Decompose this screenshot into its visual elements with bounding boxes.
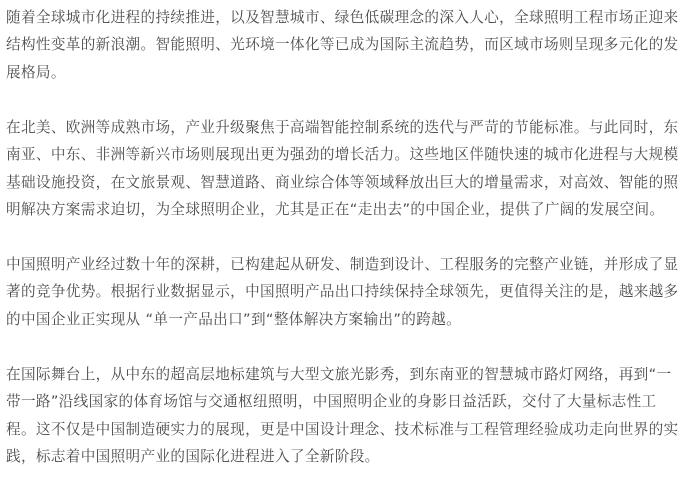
paragraph-market-trends: 随着全球城市化进程的持续推进，以及智慧城市、绿色低碳理念的深入人心，全球照明工程… xyxy=(6,4,690,86)
text-line: 展格局。 xyxy=(6,59,690,86)
text-line: 带一路”沿线国家的体育场馆与交通枢纽照明，中国照明企业的身影日益活跃，交付了大量… xyxy=(6,388,690,415)
text-line: 南亚、中东、非洲等新兴市场则展现出更为强劲的增长活力。这些地区伴随快速的城市化进… xyxy=(6,141,690,168)
text-line: 程。这不仅是中国制造硬实力的展现，更是中国设计理念、技术标准与工程管理经验成功走… xyxy=(6,416,690,443)
text-line: 的中国企业正实现从 “单一产品出口”到“整体解决方案输出”的跨越。 xyxy=(6,306,690,333)
text-line: 随着全球城市化进程的持续推进，以及智慧城市、绿色低碳理念的深入人心，全球照明工程… xyxy=(6,4,690,31)
paragraph-international-stage: 在国际舞台上，从中东的超高层地标建筑与大型文旅光影秀，到东南亚的智慧城市路灯网络… xyxy=(6,361,690,470)
text-line: 中国照明产业经过数十年的深耕，已构建起从研发、制造到设计、工程服务的完整产业链，… xyxy=(6,251,690,278)
text-line: 在国际舞台上，从中东的超高层地标建筑与大型文旅光影秀，到东南亚的智慧城市路灯网络… xyxy=(6,361,690,388)
text-line: 在北美、欧洲等成熟市场，产业升级聚焦于高端智能控制系统的迭代与严苛的节能标准。与… xyxy=(6,114,690,141)
paragraph-china-industry: 中国照明产业经过数十年的深耕，已构建起从研发、制造到设计、工程服务的完整产业链，… xyxy=(6,251,690,333)
text-line: 著的竞争优势。根据行业数据显示，中国照明产品出口持续保持全球领先，更值得关注的是… xyxy=(6,278,690,305)
article-body: 随着全球城市化进程的持续推进，以及智慧城市、绿色低碳理念的深入人心，全球照明工程… xyxy=(0,0,690,483)
paragraph-regional-markets: 在北美、欧洲等成熟市场，产业升级聚焦于高端智能控制系统的迭代与严苛的节能标准。与… xyxy=(6,114,690,223)
text-line: 基础设施投资，在文旅景观、智慧道路、商业综合体等领域释放出巨大的增量需求，对高效… xyxy=(6,169,690,196)
text-line: 践，标志着中国照明产业的国际化进程进入了全新阶段。 xyxy=(6,443,690,470)
text-line: 明解决方案需求迫切，为全球照明企业，尤其是正在“走出去”的中国企业，提供了广阔的… xyxy=(6,196,690,223)
text-line: 结构性变革的新浪潮。智能照明、光环境一体化等已成为国际主流趋势，而区域市场则呈现… xyxy=(6,31,690,58)
